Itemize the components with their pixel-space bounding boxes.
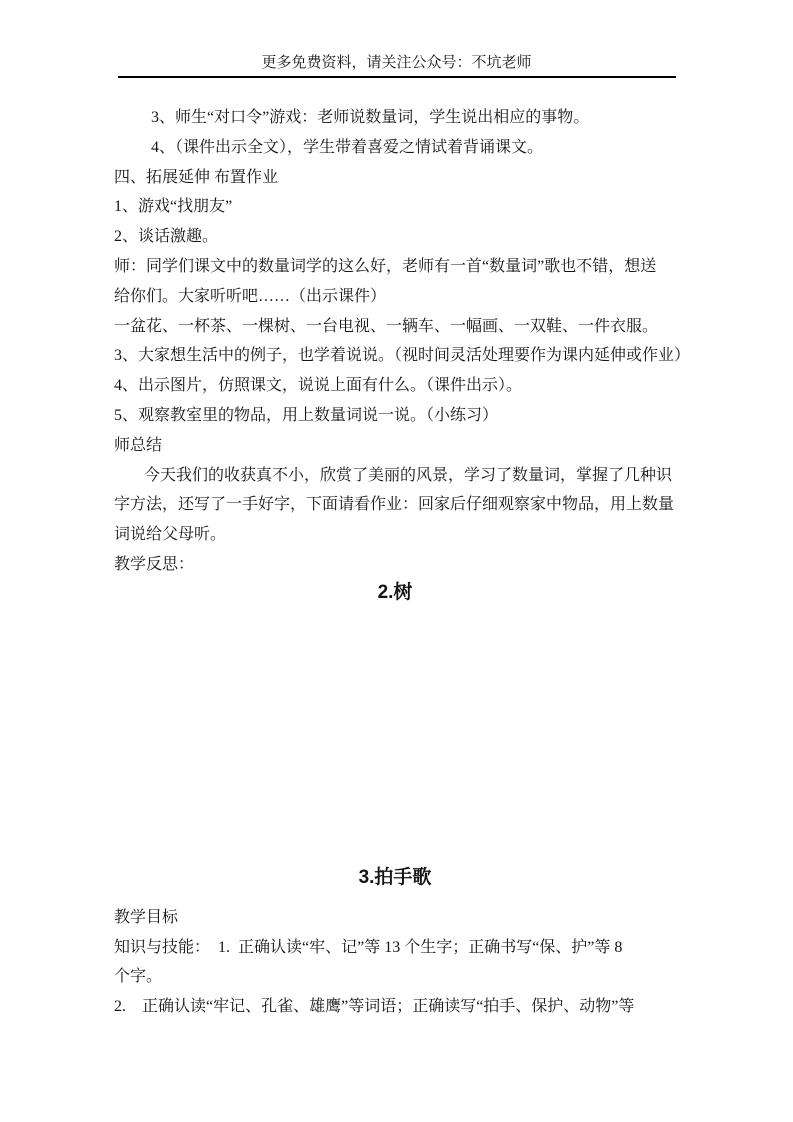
- header-rule: [118, 76, 676, 78]
- text-line: 教学反思：: [114, 550, 676, 580]
- text-line: 师总结: [114, 431, 676, 461]
- text-line: 教学目标: [114, 903, 676, 933]
- text-line: 3、大家想生活中的例子，也学着说说。（视时间灵活处理要作为课内延伸或作业）: [114, 341, 676, 371]
- text-line: 知识与技能： 1. 正确认读“牢、记”等 13 个生字；正确书写“保、护”等 8: [114, 933, 676, 963]
- text-line: 字方法，还写了一手好字，下面请看作业：回家后仔细观察家中物品，用上数量: [114, 490, 676, 520]
- text-line: 今天我们的收获真不小，欣赏了美丽的风景，学习了数量词，掌握了几种识: [114, 461, 676, 491]
- document-body: 3、师生“对口令”游戏：老师说数量词，学生说出相应的事物。 4、（课件出示全文）…: [114, 103, 676, 1022]
- text-line: 4、（课件出示全文），学生带着喜爱之情试着背诵课文。: [114, 133, 676, 163]
- blank-space: [114, 606, 676, 865]
- text-line: 2、谈话激趣。: [114, 222, 676, 252]
- text-line: 词说给父母听。: [114, 520, 676, 550]
- text-line: 师：同学们课文中的数量词学的这么好，老师有一首“数量词”歌也不错，想送: [114, 252, 676, 282]
- text-line: 1、游戏“找朋友”: [114, 192, 676, 222]
- text-line: 4、出示图片，仿照课文，说说上面有什么。（课件出示）。: [114, 371, 676, 401]
- header-notice: 更多免费资料，请关注公众号：不坑老师: [0, 53, 793, 73]
- text-line: 个字。: [114, 962, 676, 992]
- text-line: 3、师生“对口令”游戏：老师说数量词，学生说出相应的事物。: [114, 103, 676, 133]
- lesson-2-title: 2.树: [114, 580, 676, 606]
- text-line: 一盆花、一杯茶、一棵树、一台电视、一辆车、一幅画、一双鞋、一件衣服。: [114, 312, 676, 342]
- document-page: 更多免费资料，请关注公众号：不坑老师 3、师生“对口令”游戏：老师说数量词，学生…: [0, 0, 793, 1122]
- text-line: 5、观察教室里的物品，用上数量词说一说。（小练习）: [114, 401, 676, 431]
- lesson-3-title: 3.拍手歌: [114, 865, 676, 903]
- text-line: 2. 正确认读“牢记、孔雀、雄鹰”等词语；正确读写“拍手、保护、动物”等: [114, 992, 676, 1022]
- text-line: 给你们。大家听听吧……（出示课件）: [114, 282, 676, 312]
- text-line: 四、拓展延伸 布置作业: [114, 163, 676, 193]
